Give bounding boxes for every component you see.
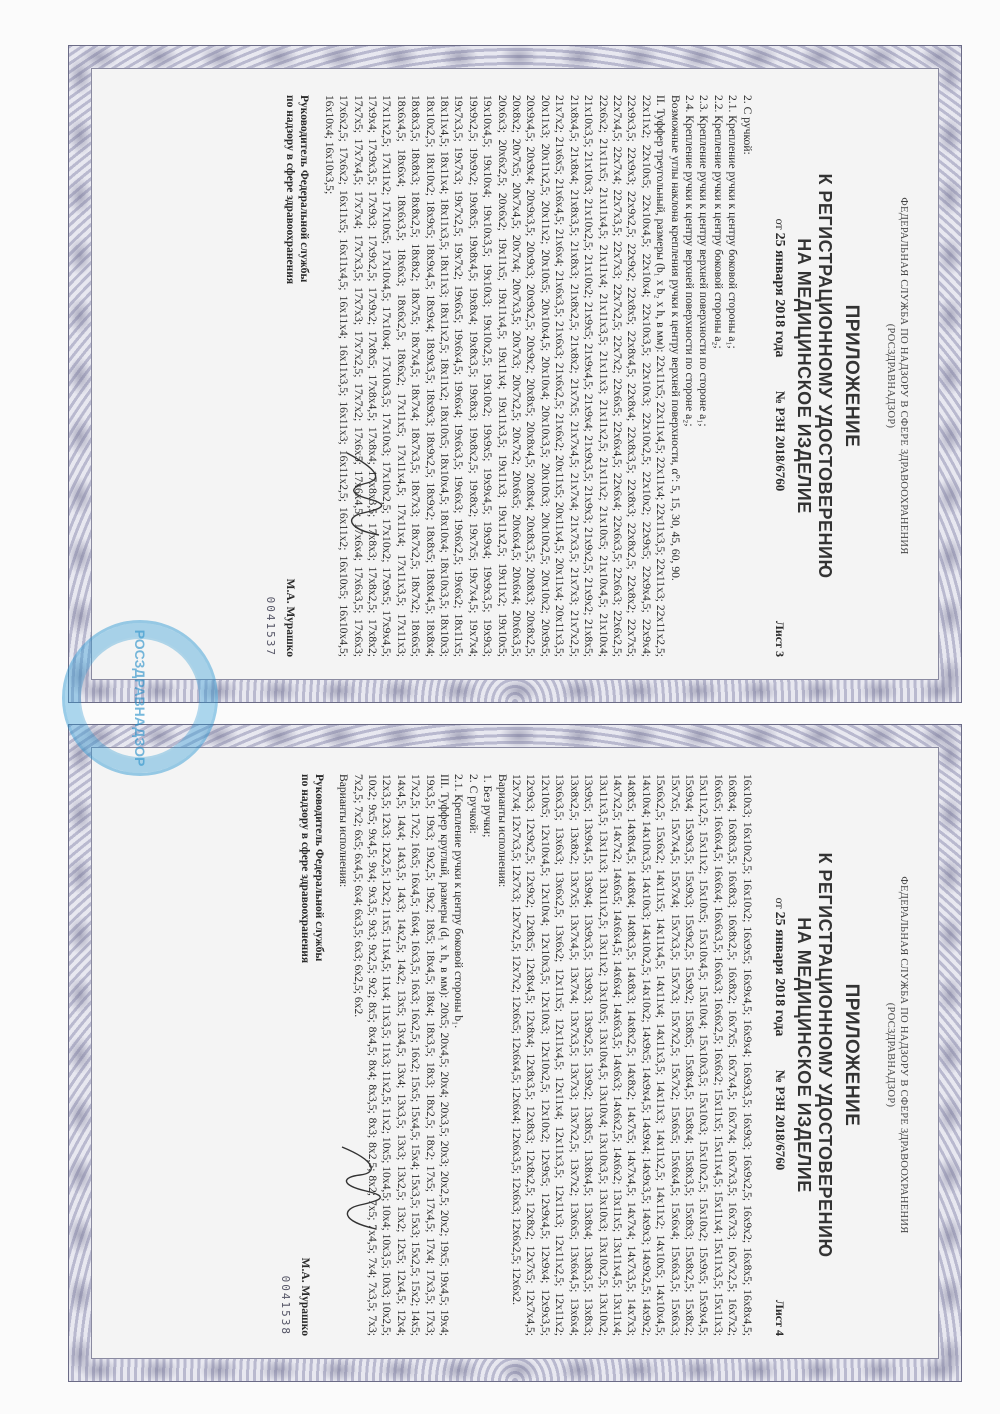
issue-date: от 25 января 2018 года <box>772 95 787 391</box>
signatory-title: Руководитель Федеральной службы по надзо… <box>298 774 326 963</box>
agency-header: ФЕДЕРАЛЬНАЯ СЛУЖБА ПО НАДЗОРУ В СФЕРЕ ЗД… <box>884 774 910 1336</box>
triangular-sizes-list: II. Туффер треугольный, размеры (b₁ x b₂… <box>321 95 667 657</box>
sheet-number: Лист 3 <box>773 597 787 657</box>
registration-number: № РЗН 2018/6760 <box>773 391 787 597</box>
paragraph: 2.4. Крепление ручки к центру верхней по… <box>682 95 696 657</box>
date-number-line: от 25 января 2018 года № РЗН 2018/6760 Л… <box>772 95 787 657</box>
round-sizes-list: III. Туффер круглый, размеры (d₁ x h, в … <box>350 774 451 1336</box>
variants-heading: Варианты исполнения: <box>494 774 508 1336</box>
doc-title: ПРИЛОЖЕНИЕ <box>841 95 862 657</box>
agency-abbr: (РОСЗДРАВНАДЗОР) <box>884 95 897 657</box>
paragraph: 1. Без ручки; <box>480 774 494 1336</box>
signer-name: М.А. Мурашко <box>298 1258 312 1336</box>
issue-date: от 25 января 2018 года <box>772 774 787 1070</box>
paragraph: 2.3. Крепление ручки к центру верхней по… <box>696 95 710 657</box>
signatory-title: Руководитель Федеральной службы по надзо… <box>283 95 311 284</box>
paragraph: 2.1. Крепление ручки к центру боковой ст… <box>725 95 739 657</box>
serial-number: 0041537 <box>263 95 277 657</box>
paragraph: Возможные углы наклона крепления ручки к… <box>667 95 681 657</box>
sheet-content-area: ФЕДЕРАЛЬНАЯ СЛУЖБА ПО НАДЗОРУ В СФЕРЕ ЗД… <box>91 68 939 680</box>
handwritten-signature-icon <box>336 1143 382 1233</box>
serial-number: 0041538 <box>277 774 291 1336</box>
signature-block: Руководитель Федеральной службы по надзо… <box>298 774 326 1336</box>
paragraph: 2.1. Крепление ручки к центру боковой ст… <box>451 774 465 1336</box>
body-text: 16x10x3; 16x10x2,5; 16x10x2; 16x9x5; 16x… <box>336 774 754 1336</box>
paragraph: 2.2. Крепление ручки к центру боковой ст… <box>710 95 724 657</box>
body-text: 2. С ручкой: 2.1. Крепление ручки к цент… <box>321 95 753 657</box>
sheet-content-area: ФЕДЕРАЛЬНАЯ СЛУЖБА ПО НАДЗОРУ В СФЕРЕ ЗД… <box>91 747 939 1359</box>
signer-name: М.А. Мурашко <box>283 579 297 657</box>
signature-block: Руководитель Федеральной службы по надзо… <box>283 95 311 657</box>
registration-number: № РЗН 2018/6760 <box>773 1070 787 1276</box>
doc-subtitle-1: К РЕГИСТРАЦИОННОМУ УДОСТОВЕРЕНИЮ <box>814 774 835 1336</box>
doc-title: ПРИЛОЖЕНИЕ <box>841 774 862 1336</box>
certificate-sheet-4: ФЕДЕРАЛЬНАЯ СЛУЖБА ПО НАДЗОРУ В СФЕРЕ ЗД… <box>68 724 962 1382</box>
variants-heading: Варианты исполнения: <box>336 774 350 1336</box>
rotated-page-content: ФЕДЕРАЛЬНАЯ СЛУЖБА ПО НАДЗОРУ В СФЕРЕ ЗД… <box>92 69 939 680</box>
certificate-sheet-3: ФЕДЕРАЛЬНАЯ СЛУЖБА ПО НАДЗОРУ В СФЕРЕ ЗД… <box>68 45 962 703</box>
date-number-line: от 25 января 2018 года № РЗН 2018/6760 Л… <box>772 774 787 1336</box>
doc-subtitle-1: К РЕГИСТРАЦИОННОМУ УДОСТОВЕРЕНИЮ <box>814 95 835 657</box>
agency-abbr: (РОСЗДРАВНАДЗОР) <box>884 774 897 1336</box>
rotated-page-content: ФЕДЕРАЛЬНАЯ СЛУЖБА ПО НАДЗОРУ В СФЕРЕ ЗД… <box>92 748 939 1359</box>
handwritten-signature-icon <box>341 449 387 539</box>
doc-subtitle-2: НА МЕДИЦИНСКОЕ ИЗДЕЛИЕ <box>793 774 814 1336</box>
sheet-number: Лист 4 <box>773 1276 787 1336</box>
paragraph: 2. С ручкой: <box>465 774 479 1336</box>
doc-subtitle-2: НА МЕДИЦИНСКОЕ ИЗДЕЛИЕ <box>793 95 814 657</box>
triangular-sizes-list: 16x10x3; 16x10x2,5; 16x10x2; 16x9x5; 16x… <box>509 774 754 1336</box>
agency-header: ФЕДЕРАЛЬНАЯ СЛУЖБА ПО НАДЗОРУ В СФЕРЕ ЗД… <box>884 95 910 657</box>
agency-name: ФЕДЕРАЛЬНАЯ СЛУЖБА ПО НАДЗОРУ В СФЕРЕ ЗД… <box>897 95 910 657</box>
paragraph: 2. С ручкой: <box>739 95 753 657</box>
agency-name: ФЕДЕРАЛЬНАЯ СЛУЖБА ПО НАДЗОРУ В СФЕРЕ ЗД… <box>897 774 910 1336</box>
